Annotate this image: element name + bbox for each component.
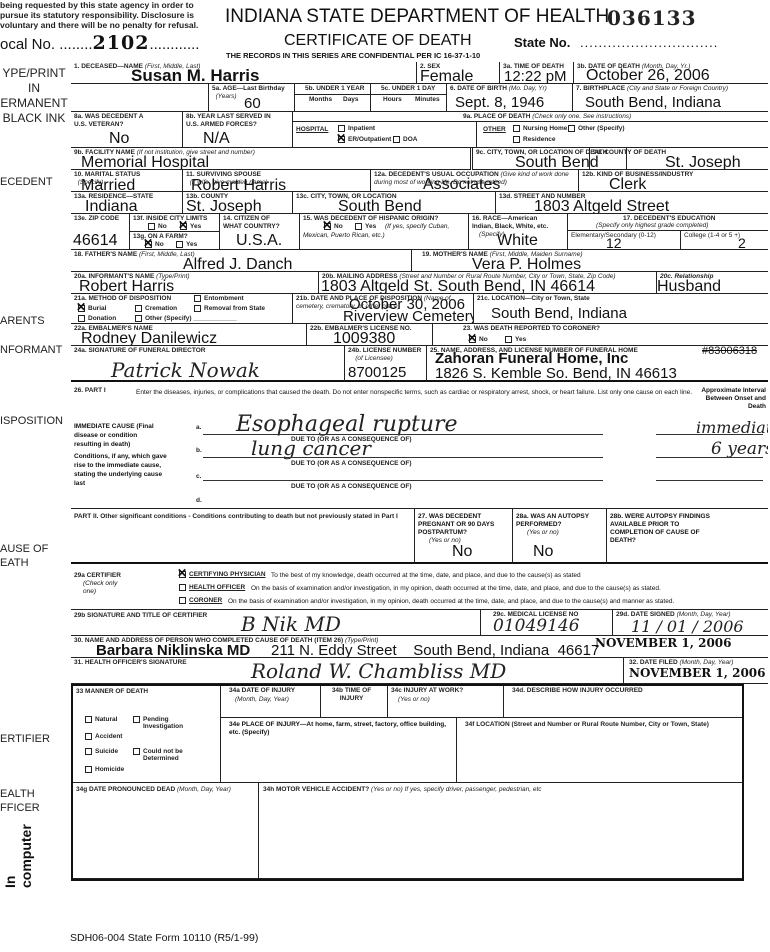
spouse-value: Robert Harris — [191, 177, 286, 192]
field-5c-label: 5c. UNDER 1 DAY — [381, 85, 435, 93]
field-29a-label: 29a CERTIFIER — [74, 572, 121, 580]
certifier-license-value: 01049146 — [493, 616, 580, 636]
field-21c-label: 21c. LOCATION—City or Town, State — [477, 295, 590, 303]
local-number-value: 2102 — [93, 32, 150, 54]
field-8b-label: 8b. YEAR LAST SERVED IN U.S. ARMED FORCE… — [186, 113, 276, 129]
field-8a-veteran[interactable]: 8a. WAS DECEDENT A U.S. VETERAN? No — [71, 112, 183, 148]
donation-option[interactable]: Donation — [78, 315, 116, 322]
res-street-value: 1803 Altgeld Street — [534, 198, 669, 214]
marital-value: Married — [81, 177, 135, 192]
field-29b-label: 29b SIGNATURE AND TITLE OF CERTIFIER — [74, 612, 207, 620]
field-9a-label: 9a. PLACE OF DEATH (Check only one. See … — [463, 113, 631, 121]
relationship-value: Husband — [657, 278, 721, 294]
field-34a-hint: (Month, Day, Year) — [235, 696, 289, 704]
conditions-label: Conditions, if any, which gave rise to t… — [74, 452, 174, 488]
side-label-health-officer: EALTH FFICER — [0, 787, 40, 815]
field-21a-method[interactable]: 21a. METHOD OF DISPOSITION Entombment Bu… — [71, 294, 293, 324]
health-officer-option[interactable]: HEALTH OFFICER — [179, 584, 245, 591]
coroner-yes-checkbox[interactable] — [505, 336, 512, 343]
part-1-cause[interactable]: 26. PART I Enter the diseases, injuries,… — [71, 384, 768, 509]
hours-label: Hours — [383, 96, 402, 103]
birthplace-value: South Bend, Indiana — [585, 94, 721, 111]
field-2-sex[interactable]: 2. SEX Female — [417, 62, 500, 84]
field-34a-label: 34a DATE OF INJURY — [229, 687, 295, 695]
field-31-label: 31. HEALTH OFFICER'S SIGNATURE — [74, 659, 187, 667]
field-34b-injury-time[interactable]: 34b TIME OF INJURY — [321, 686, 388, 718]
field-34f-label: 34f LOCATION (Street and Number or Rural… — [465, 721, 709, 729]
field-20c-relationship[interactable]: 20c. Relationship Husband — [657, 272, 768, 294]
field-34a-injury-date[interactable]: 34a DATE OF INJURY (Month, Day, Year) — [221, 686, 321, 718]
field-34g-pronounced[interactable]: 34g DATE PRONOUNCED DEAD (Month, Day, Ye… — [73, 783, 259, 879]
field-13e-label: 13e. ZIP CODE — [74, 215, 119, 223]
other-label: OTHER — [483, 126, 506, 133]
field-34f-location[interactable]: 34f LOCATION (Street and Number or Rural… — [457, 718, 742, 783]
side-label-type-print: YPE/PRINT IN ERMANENT BLACK INK — [0, 66, 68, 126]
burial-checkbox[interactable] — [78, 305, 85, 312]
year-served-value: N/A — [203, 130, 230, 148]
res-county-value: St. Joseph — [186, 198, 262, 214]
field-13f-city-limits[interactable]: 13f. INSIDE CITY LIMITS No Yes — [130, 214, 220, 232]
certifying-physician-option[interactable]: CERTIFYING PHYSICIAN — [179, 571, 266, 578]
side-label-parents: ARENTS — [0, 314, 45, 328]
autopsy-value: No — [533, 543, 553, 561]
field-7-birthplace[interactable]: 7. BIRTHPLACE (City and State or Foreign… — [573, 84, 768, 112]
field-10-marital[interactable]: 10. MARITAL STATUS (Specify) Married — [71, 170, 183, 192]
field-13d-res-street[interactable]: 13d. STREET AND NUMBER 1803 Altgeld Stre… — [496, 192, 768, 214]
field-34c-label: 34c INJURY AT WORK? — [391, 687, 463, 695]
field-5b-label: 5b. UNDER 1 YEAR — [305, 85, 364, 93]
days-label: Days — [343, 96, 359, 103]
nursing-home-option[interactable]: Nursing Home — [513, 125, 567, 132]
fd-license-value: 8700125 — [348, 364, 406, 381]
confidential-notice: THE RECORDS IN THIS SERIES ARE CONFIDENT… — [226, 51, 480, 60]
field-17-hint: (Specify only highest grade completed) — [596, 222, 708, 230]
form-id-footer: SDH06-004 State Form 10110 (R5/1-99) — [70, 932, 258, 944]
date-of-death: October 26, 2006 — [586, 67, 710, 84]
donation-checkbox[interactable] — [78, 315, 85, 322]
part-1-instructions: Enter the diseases, injuries, or complic… — [136, 387, 696, 398]
veteran-value: No — [109, 130, 129, 148]
line-c-letter: c. — [196, 473, 201, 480]
pending-option[interactable]: Pending Investigation — [133, 716, 198, 730]
line-a-letter: a. — [196, 424, 201, 431]
occupation-value: Associates — [423, 176, 500, 192]
city-limits-no-option[interactable]: No — [148, 223, 167, 230]
field-15-hint: (If yes, specify Cuban, Mexican, Puerto … — [303, 222, 468, 240]
ho-signature: Roland W. Chambliss MD — [251, 659, 506, 683]
date-filed-value: NOVEMBER 1, 2006 — [629, 666, 766, 680]
side-label-informant: NFORMANT — [0, 343, 62, 357]
field-24b-fd-license[interactable]: 24b. LICENSE NUMBER (of Licensee) 870012… — [345, 346, 427, 382]
city-limits-no-checkbox[interactable] — [148, 223, 155, 230]
completer-address: 211 N. Eddy Street South Bend, Indiana 4… — [271, 642, 599, 658]
field-5b-under-1-year[interactable]: 5b. UNDER 1 YEAR Months Days — [295, 84, 371, 112]
coroner-statement: On the basis of examination and/or inves… — [228, 598, 674, 605]
field-17-education[interactable]: 17. DECEDENT'S EDUCATION (Specify only h… — [568, 214, 768, 250]
mother-value: Vera P. Holmes — [472, 256, 581, 272]
doa-option[interactable]: DOA — [393, 136, 417, 143]
field-7-label: 7. BIRTHPLACE (City and State or Foreign… — [576, 85, 728, 93]
field-3b-date[interactable]: 3b. DATE OF DEATH (Month, Day, Yr.) Octo… — [574, 62, 768, 84]
field-5a-age[interactable]: 5a. AGE—Last Birthday (Years) 60 — [209, 84, 295, 112]
farm-no-option[interactable]: No — [145, 241, 164, 248]
coroner-option[interactable]: CORONER — [179, 597, 222, 604]
field-9d-county-of-death[interactable]: 9d. COUNTY OF DEATH St. Joseph — [589, 148, 768, 170]
field-24a-fd-signature[interactable]: 24a. SIGNATURE OF FUNERAL DIRECTOR Patri… — [71, 346, 345, 382]
date-signed-value: 11 / 01 / 2006 — [631, 617, 744, 636]
city-limits-yes-checkbox[interactable] — [180, 223, 187, 230]
suicide-option[interactable]: Suicide — [85, 748, 118, 755]
field-21b-date-place[interactable]: 21b. DATE AND PLACE OF DISPOSITION (Name… — [293, 294, 474, 324]
field-34h-motor-vehicle[interactable]: 34h MOTOR VEHICLE ACCIDENT? (Yes or no) … — [259, 783, 742, 879]
coroner-checkbox[interactable] — [179, 597, 186, 604]
entombment-checkbox[interactable] — [194, 295, 201, 302]
homicide-option[interactable]: Homicide — [85, 766, 124, 773]
disposition-location-value: South Bend, Indiana — [491, 305, 627, 322]
farm-yes-option[interactable]: Yes — [176, 241, 197, 248]
interval-b-value[interactable]: 6 years — [711, 439, 768, 459]
farm-no-checkbox[interactable] — [145, 241, 152, 248]
field-13f-label: 13f. INSIDE CITY LIMITS — [133, 215, 207, 223]
other-specify-checkbox[interactable] — [568, 125, 575, 132]
state-number-label: State No. — [514, 35, 570, 50]
facility-value: Memorial Hospital — [81, 154, 209, 170]
field-19-mother[interactable]: 19. MOTHER'S NAME (First, Middle, Maiden… — [412, 250, 768, 272]
field-11-spouse[interactable]: 11. SURVIVING SPOUSE (If wife, give maid… — [183, 170, 371, 192]
field-5c-under-1-day[interactable]: 5c. UNDER 1 DAY Hours Minutes — [371, 84, 447, 112]
field-34e-label: 34e PLACE OF INJURY—At home, farm, stree… — [229, 721, 454, 737]
field-34d-label: 34d. DESCRIBE HOW INJURY OCCURRED — [512, 687, 643, 695]
dob-value: Sept. 8, 1946 — [455, 94, 544, 111]
homicide-checkbox[interactable] — [85, 766, 92, 773]
side-label-cause-of-death: AUSE OF EATH — [0, 542, 48, 570]
due-to-c: DUE TO (OR AS A CONSEQUENCE OF) — [291, 483, 412, 490]
due-to-b: DUE TO (OR AS A CONSEQUENCE OF) — [291, 460, 412, 467]
field-29d-date-signed[interactable]: 29d. DATE SIGNED (Month, Day, Year) 11 /… — [613, 610, 768, 636]
residence-option[interactable]: Residence — [513, 136, 556, 143]
field-3a-time[interactable]: 3a. TIME OF DEATH 12:22 pM — [500, 62, 574, 84]
pregnant-value: No — [452, 543, 472, 561]
field-21a-label: 21a. METHOD OF DISPOSITION — [74, 295, 171, 303]
field-34e-place[interactable]: 34e PLACE OF INJURY—At home, farm, stree… — [221, 718, 457, 783]
certifier-signature: B Nik MD — [241, 612, 341, 636]
physician-statement: To the best of my knowledge, death occur… — [271, 572, 581, 579]
field-33-manner[interactable]: 33 MANNER OF DEATH Natural Pending Inves… — [73, 686, 221, 783]
natural-checkbox[interactable] — [85, 716, 92, 723]
res-state-value: Indiana — [85, 198, 138, 214]
field-29b-signature[interactable]: 29b SIGNATURE AND TITLE OF CERTIFIER B N… — [71, 610, 481, 636]
entombment-option[interactable]: Entombment — [194, 295, 244, 302]
college-label: College (1-4 or 5 +) — [684, 232, 740, 240]
undetermined-checkbox[interactable] — [133, 748, 140, 755]
part-2-label: PART II. Other significant conditions - … — [74, 513, 398, 521]
field-27-label: 27. WAS DECEDENT PREGNANT OR 90 DAYS POS… — [418, 513, 513, 537]
hospital-label: HOSPITAL — [296, 126, 328, 133]
nursing-home-checkbox[interactable] — [513, 125, 520, 132]
informant-address-value: 1803 Altgeld St. South Bend, IN 46614 — [321, 278, 595, 294]
burial-option[interactable]: Burial — [78, 305, 106, 312]
cremation-checkbox[interactable] — [135, 305, 142, 312]
cremation-option[interactable]: Cremation — [135, 305, 177, 312]
natural-option[interactable]: Natural — [85, 716, 117, 723]
er-outpatient-checkbox[interactable] — [338, 136, 345, 143]
field-20a-informant[interactable]: 20a. INFORMANT'S NAME (Type/Print) Rober… — [71, 272, 319, 294]
immediate-cause-label: IMMEDIATE CAUSE (Final disease or condit… — [74, 422, 164, 449]
field-22b-embalmer-license[interactable]: 22b. EMBALMER'S LICENSE NO. 1009380 — [307, 324, 433, 346]
field-29c-license[interactable]: 29c. MEDICAL LICENSE NO 01049146 — [481, 610, 613, 636]
field-28a-hint: (Yes or no) — [527, 529, 559, 536]
field-13a-res-state[interactable]: 13a. RESIDENCE—STATE Indiana — [71, 192, 183, 214]
field-8a-label: 8a. WAS DECEDENT A U.S. VETERAN? — [74, 113, 149, 129]
farm-yes-checkbox[interactable] — [176, 241, 183, 248]
field-34h-label: 34h MOTOR VEHICLE ACCIDENT? (Yes or no) … — [263, 786, 542, 794]
field-12a-occupation[interactable]: 12a. DECEDENT'S USUAL OCCUPATION (Give k… — [371, 170, 579, 192]
field-34c-hint: (Yes or no) — [398, 696, 430, 704]
side-label-decedent: ECEDENT — [0, 175, 53, 189]
field-34d-description[interactable]: 34d. DESCRIBE HOW INJURY OCCURRED — [504, 686, 742, 718]
health-officer-statement: On the basis of examination and/or inves… — [251, 585, 661, 592]
local-number: ocal No. ........2102............ — [0, 32, 199, 54]
business-value: Clerk — [609, 176, 646, 192]
ssn-notice: ATTENTION ESTATE: The Social Security # … — [0, 0, 200, 30]
field-29a-certifier[interactable]: 29a CERTIFIER (Check only one) CERTIFYIN… — [71, 566, 768, 610]
field-6-dob[interactable]: 6. DATE OF BIRTH (Mo. Day, Yr) Sept. 8, … — [447, 84, 573, 112]
months-label: Months — [309, 96, 332, 103]
removal-checkbox[interactable] — [194, 305, 201, 312]
field-13b-res-county[interactable]: 13b. COUNTY St. Joseph — [183, 192, 293, 214]
field-27-pregnant[interactable]: 27. WAS DECEDENT PREGNANT OR 90 DAYS POS… — [415, 509, 513, 564]
field-18-label: 18. FATHER'S NAME (First, Middle, Last) — [74, 251, 195, 259]
field-22a-embalmer[interactable]: 22a. EMBALMER'S NAME Rodney Danilewicz — [71, 324, 307, 346]
race-value: White — [497, 232, 538, 250]
zip-value: 46614 — [73, 232, 118, 250]
field-25-funeral-home[interactable]: 25. NAME, ADDRESS, AND LICENSE NUMBER OF… — [427, 346, 768, 382]
college-value: 2 — [738, 235, 746, 250]
embalmer-value: Rodney Danilewicz — [81, 330, 217, 346]
completer-name: Barbara Niklinska MD — [96, 642, 250, 658]
field-blank — [71, 84, 209, 112]
field-14-label: 14. CITIZEN OF WHAT COUNTRY? — [223, 215, 283, 231]
local-number-label: ocal No. ........ — [0, 36, 93, 53]
field-20b-address[interactable]: 20b. MAILING ADDRESS (Street and Number … — [319, 272, 657, 294]
field-6-label: 6. DATE OF BIRTH (Mo. Day, Yr) — [450, 85, 547, 93]
field-32-date-filed[interactable]: 32. DATE FILED (Month, Day, Year) NOVEMB… — [624, 658, 768, 684]
embalmer-license-value: 1009380 — [333, 330, 395, 346]
side-label-certifier: ERTIFIER — [0, 732, 50, 746]
doa-checkbox[interactable] — [393, 136, 400, 143]
decedent-name: Susan M. Harris — [131, 66, 260, 84]
age-value: 60 — [244, 95, 261, 112]
field-16-race[interactable]: 16. RACE—American Indian, Black, White, … — [469, 214, 568, 250]
time-of-death: 12:22 pM — [504, 68, 567, 84]
er-outpatient-option[interactable]: ER/Outpatient — [338, 136, 391, 143]
field-12b-business[interactable]: 12b. KIND OF BUSINESS/INDUSTRY Clerk — [579, 170, 768, 192]
field-21c-location[interactable]: 21c. LOCATION—City or Town, State South … — [474, 294, 768, 324]
other-disposition-option[interactable]: Other (Specify) ____________ — [135, 315, 237, 322]
field-28b-label: 28b. WERE AUTOPSY FINDINGS AVAILABLE PRI… — [610, 513, 720, 545]
county-of-death-value: St. Joseph — [665, 154, 741, 170]
accident-option[interactable]: Accident — [85, 733, 122, 740]
field-13g-label: 13g. ON A FARM? — [133, 233, 188, 241]
coroner-yes-option[interactable]: Yes — [505, 336, 526, 343]
city-of-death-value: South Bend — [515, 154, 599, 170]
field-13g-farm[interactable]: 13g. ON A FARM? No Yes — [130, 232, 220, 250]
other-specify-option[interactable]: Other (Specify) — [568, 125, 625, 132]
coroner-no-checkbox[interactable] — [469, 336, 476, 343]
field-34b-label: 34b TIME OF INJURY — [329, 687, 374, 703]
field-13c-res-city[interactable]: 13c. CITY, TOWN, OR LOCATION South Bend — [293, 192, 496, 214]
undetermined-option[interactable]: Could not be Determined — [133, 748, 198, 762]
citizen-value: U.S.A. — [236, 232, 282, 250]
suicide-checkbox[interactable] — [85, 748, 92, 755]
field-30-completer[interactable]: 30. NAME AND ADDRESS OF PERSON WHO COMPL… — [71, 636, 768, 658]
fd-signature: Patrick Nowak — [111, 358, 260, 382]
field-13e-zip[interactable]: 13e. ZIP CODE 46614 — [71, 214, 130, 250]
certifying-physician-checkbox[interactable] — [179, 571, 186, 578]
field-24b-label: 24b. LICENSE NUMBER (of Licensee) — [348, 347, 421, 363]
coroner-no-option[interactable]: No — [469, 336, 488, 343]
elementary-value: 12 — [606, 235, 622, 250]
field-16-label: 16. RACE—American Indian, Black, White, … — [472, 215, 552, 231]
part-1-label: 26. PART I — [74, 387, 106, 395]
field-28b-findings[interactable]: 28b. WERE AUTOPSY FINDINGS AVAILABLE PRI… — [607, 509, 768, 564]
field-23-coroner[interactable]: 23. WAS DEATH REPORTED TO CORONER? No Ye… — [433, 324, 768, 346]
state-number-field[interactable]: .............................. — [580, 35, 718, 50]
fh-address-value: 1826 S. Kemble So. Bend, IN 46613 — [435, 365, 677, 382]
res-city-value: South Bend — [338, 198, 422, 214]
field-34g-label: 34g DATE PRONOUNCED DEAD (Month, Day, Ye… — [76, 786, 231, 794]
local-number-dots: ............ — [149, 36, 199, 53]
certificate-title: CERTIFICATE OF DEATH — [284, 32, 472, 50]
agency-title: INDIANA STATE DEPARTMENT OF HEALTH — [225, 6, 609, 28]
field-18-father[interactable]: 18. FATHER'S NAME (First, Middle, Last) … — [71, 250, 412, 272]
form-number: 036133 — [607, 6, 697, 30]
field-1-name[interactable]: 1. DECEASED—NAME (First, Middle, Last) S… — [71, 62, 417, 84]
sex-value: Female — [420, 68, 473, 84]
field-31-ho-signature[interactable]: 31. HEALTH OFFICER'S SIGNATURE Roland W.… — [71, 658, 624, 684]
residence-checkbox[interactable] — [513, 136, 520, 143]
line-d-letter: d. — [196, 497, 202, 504]
minutes-label: Minutes — [415, 96, 440, 103]
fh-license-value: #83006318 — [702, 346, 757, 357]
side-label-disposition: ISPOSITION — [0, 414, 63, 428]
part-2-conditions[interactable]: PART II. Other significant conditions - … — [71, 509, 415, 564]
disposition-place-value: Riverview Cemetery — [343, 308, 474, 324]
field-29a-hint: (Check only one) — [83, 580, 128, 596]
field-9d-label: 9d. COUNTY OF DEATH — [593, 149, 666, 157]
field-33-label: 33 MANNER OF DEATH — [76, 688, 148, 696]
father-value: Alfred J. Danch — [183, 256, 292, 272]
pending-checkbox[interactable] — [133, 716, 140, 723]
field-24a-label: 24a. SIGNATURE OF FUNERAL DIRECTOR — [74, 347, 205, 355]
date-stamp-1: NOVEMBER 1, 2006 — [595, 636, 732, 650]
informant-name-value: Robert Harris — [79, 278, 174, 294]
city-limits-yes-option[interactable]: Yes — [180, 223, 201, 230]
field-34c-at-work[interactable]: 34c INJURY AT WORK? (Yes or no) — [388, 686, 504, 718]
field-14-citizen[interactable]: 14. CITIZEN OF WHAT COUNTRY? U.S.A. — [220, 214, 300, 250]
field-8b-year-served[interactable]: 8b. YEAR LAST SERVED IN U.S. ARMED FORCE… — [183, 112, 293, 148]
accident-checkbox[interactable] — [85, 733, 92, 740]
field-28a-label: 28a. WAS AN AUTOPSY PERFORMED? — [516, 513, 606, 529]
other-disposition-checkbox[interactable] — [135, 315, 142, 322]
interval-label: Approximate Interval Between Onset and D… — [691, 387, 766, 411]
field-23-label: 23. WAS DEATH REPORTED TO CORONER? — [463, 325, 600, 333]
health-officer-checkbox[interactable] — [179, 584, 186, 591]
field-9a-place-of-death[interactable]: 9a. PLACE OF DEATH (Check only one. See … — [293, 112, 768, 148]
in-computer-stamp: In computer — [2, 838, 24, 888]
field-28a-autopsy[interactable]: 28a. WAS AN AUTOPSY PERFORMED? (Yes or n… — [513, 509, 607, 564]
removal-option[interactable]: Removal from State — [194, 305, 265, 312]
field-15-hispanic[interactable]: 15. WAS DECEDENT OF HISPANIC ORIGIN? No … — [300, 214, 469, 250]
field-9b-facility[interactable]: 9b. FACILITY NAME (If not institution, g… — [71, 148, 471, 170]
line-b-letter: b. — [196, 447, 202, 454]
